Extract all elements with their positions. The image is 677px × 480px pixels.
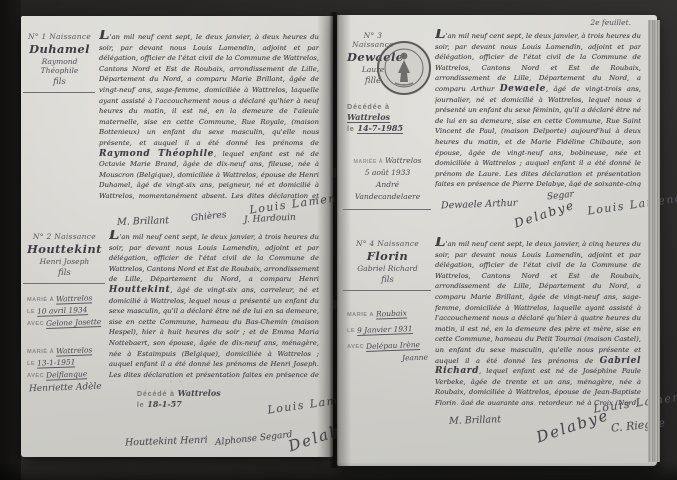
act2-marriage-note-2: MARIÉ ÀWattrelos LE13-1-1951 AVECDelflan… [27, 346, 102, 393]
act1-body-col: L'an mil neuf cent sept, le deux janvier… [95, 30, 329, 238]
act2-death-date: 18-1-57 [147, 399, 181, 409]
act3-marriage-note: MARIÉE ÀWattrelos 5 août 1933 André Vand… [347, 156, 428, 210]
register-scan: N° 1 Naissance Duhamel Raymond Théophile… [0, 0, 677, 480]
act4-signature-1: M. Brillant [449, 414, 501, 427]
act2-m1-date: 10 avril 1934 [37, 305, 88, 317]
act3-body-col: L'an mil neuf cent sept, le deux janvier… [431, 29, 651, 227]
birth-act-2: N° 2 Naissance Houttekint Henri Joseph f… [23, 230, 329, 456]
gutter-stitch-mark [333, 300, 337, 309]
act2-m2-avec-stamp: AVEC [27, 373, 44, 379]
stacked-page-edges [648, 20, 660, 462]
act2-text-pre: 'an mil neuf cent sept, le deux janvier,… [109, 233, 319, 283]
act2-filiation: fils [27, 268, 102, 278]
act2-m1-marie-stamp: MARIÉ À [27, 297, 54, 303]
act4-marriage-spouse-line2: Jeanne [349, 353, 428, 365]
gutter-stitch-mark [333, 430, 337, 439]
act1-signature-2: Ghières [191, 210, 227, 224]
act2-m2-spouse-line2: Henriette Adèle [29, 382, 102, 395]
act1-number: N° 1 Naissance [27, 32, 92, 41]
act3-signature-1: Dewaele Arthur [441, 198, 518, 212]
act4-surname: Florin [347, 249, 428, 263]
act2-text-post: , âgé de vingt-six ans, carreleur, né et… [109, 286, 319, 382]
act3-marriage-place: Wattrelos [385, 156, 421, 165]
act3-signature-official: Louis Lamendin [587, 189, 677, 217]
birth-act-4: N° 4 Naissance Florin Gabriel Richard fi… [343, 237, 651, 447]
act1-initial: L [99, 30, 110, 43]
act1-signature-1: M. Brillant [117, 215, 169, 228]
act2-m1-avec-stamp: AVEC [27, 321, 44, 327]
act4-marriage-note: MARIE ARoubaix LE9 Janvier 1931 AVECDelé… [347, 309, 428, 363]
act3-signature-3: Delabye [512, 198, 577, 231]
act2-m2-spouse: Delflanque [46, 369, 88, 380]
birth-act-1: N° 1 Naissance Duhamel Raymond Théophile… [23, 30, 329, 238]
act2-m1-spouse: Gelone Josette [46, 317, 102, 329]
act4-marie-stamp: MARIE A [347, 312, 374, 318]
act2-body-col: L'an mil neuf cent sept, le deux janvier… [105, 230, 329, 456]
act4-signatures: M. Brillant Delabye C. Rieghe Louis Lame… [435, 405, 641, 447]
act3-marriage-date: 5 août 1933 [347, 168, 428, 177]
act4-number: N° 4 Naissance [347, 239, 428, 248]
act3-marriage-spouse-last: Vandecandelaere [347, 192, 428, 201]
act3-marriage-spouse-first: André [347, 180, 428, 189]
birth-act-3: N° 3 Naissance Dewaele Laure fille Décéd… [343, 29, 651, 227]
act4-body-text: L'an mil neuf cent sept, le deux janvier… [435, 237, 641, 405]
act2-m2-marie-stamp: MARIÉ À [27, 349, 54, 355]
register-page-right: 2e feuillet. N° 3 Naissance Dewaele Laur… [337, 15, 657, 466]
act2-m2-date: 13-1-1951 [37, 357, 76, 368]
act2-signatures: Houttekint Henri Alphonse Segard Delabye… [109, 410, 319, 456]
act2-child-name: Houttekint [109, 285, 170, 295]
republic-seal-stamp [375, 39, 433, 97]
act2-death-label: Décédé à [137, 389, 175, 398]
act3-margin: N° 3 Naissance Dewaele Laure fille Décéd… [343, 29, 431, 227]
act3-mariee-stamp: MARIÉE À [354, 159, 384, 165]
act4-text-pre: 'an mil neuf cent sept, le deux janvier,… [435, 240, 641, 365]
act3-death-le: le [347, 124, 355, 133]
act2-signature-1: Houttekint Henri [125, 435, 208, 449]
act1-surname: Duhamel [27, 42, 92, 56]
act2-number: N° 2 Naissance [27, 232, 102, 241]
act4-filiation: fils [347, 275, 428, 285]
act3-signatures: Dewaele Arthur Segar Delabye Louis Lamen… [435, 187, 641, 227]
act2-given-names: Henri Joseph [27, 257, 102, 266]
act4-margin: N° 4 Naissance Florin Gabriel Richard fi… [343, 237, 431, 447]
act2-margin: N° 2 Naissance Houttekint Henri Joseph f… [23, 230, 105, 456]
act2-death-le: le [137, 400, 145, 409]
act3-death-label: Décédée à [347, 102, 390, 111]
act3-initial: L [435, 29, 446, 42]
act4-le-stamp: LE [347, 328, 355, 334]
act4-avec-stamp: AVEC [347, 344, 364, 350]
act2-death-place: Wattrelos [178, 388, 221, 398]
register-page-left: N° 1 Naissance Duhamel Raymond Théophile… [21, 16, 333, 457]
act2-initial: L [109, 230, 120, 243]
act4-marriage-spouse: Delépau Irène [366, 340, 420, 352]
gutter-stitch-mark [333, 168, 337, 177]
act2-m1-place: Wattrelos [56, 293, 93, 304]
act1-margin-rule [23, 92, 95, 93]
scan-bottom-shadow [0, 462, 677, 480]
act1-text-pre: 'an mil neuf cent sept, le deux janvier,… [99, 33, 319, 147]
act2-m2-place: Wattrelos [56, 345, 93, 356]
act2-marriage-note-1: MARIÉ ÀWattrelos LE10 avril 1934 AVECGel… [27, 294, 102, 328]
act2-signature-2: Alphonse Segard [215, 430, 293, 448]
act4-marriage-place: Roubaix [376, 308, 407, 319]
act3-text-post: , âgé de vingt-trois ans, journalier, né… [435, 85, 641, 187]
act3-death-date: 14-7-1985 [357, 123, 403, 134]
act4-marriage-date: 9 Janvier 1931 [357, 324, 413, 336]
act1-margin: N° 1 Naissance Duhamel Raymond Théophile… [23, 30, 95, 238]
act1-child-name: Raymond Théophile [99, 149, 214, 159]
act3-margin-rule [343, 209, 431, 210]
act1-body-text: L'an mil neuf cent sept, le deux janvier… [99, 30, 319, 202]
act2-m2-le-stamp: LE [27, 361, 35, 367]
act3-death-stamp: Décédée à Wattrelos le 14-7-1985 [347, 102, 428, 134]
folio-label: 2e feuillet. [590, 18, 631, 27]
act3-death-place: Wattrelos [347, 112, 390, 123]
act1-given-names: Raymond Théophile [27, 57, 92, 75]
act2-m1-le-stamp: LE [27, 309, 35, 315]
act3-child-name: Dewaele [500, 84, 546, 94]
act4-body-col: L'an mil neuf cent sept, le deux janvier… [431, 237, 651, 447]
act4-given-names: Gabriel Richard [347, 264, 428, 273]
scan-left-border [0, 0, 21, 480]
book-gutter [329, 12, 339, 468]
act1-filiation: fils [27, 77, 92, 87]
act3-body-text: L'an mil neuf cent sept, le deux janvier… [435, 29, 641, 187]
act4-initial: L [435, 237, 446, 250]
act2-body-text: L'an mil neuf cent sept, le deux janvier… [109, 230, 319, 382]
act2-surname: Houttekint [27, 242, 102, 256]
